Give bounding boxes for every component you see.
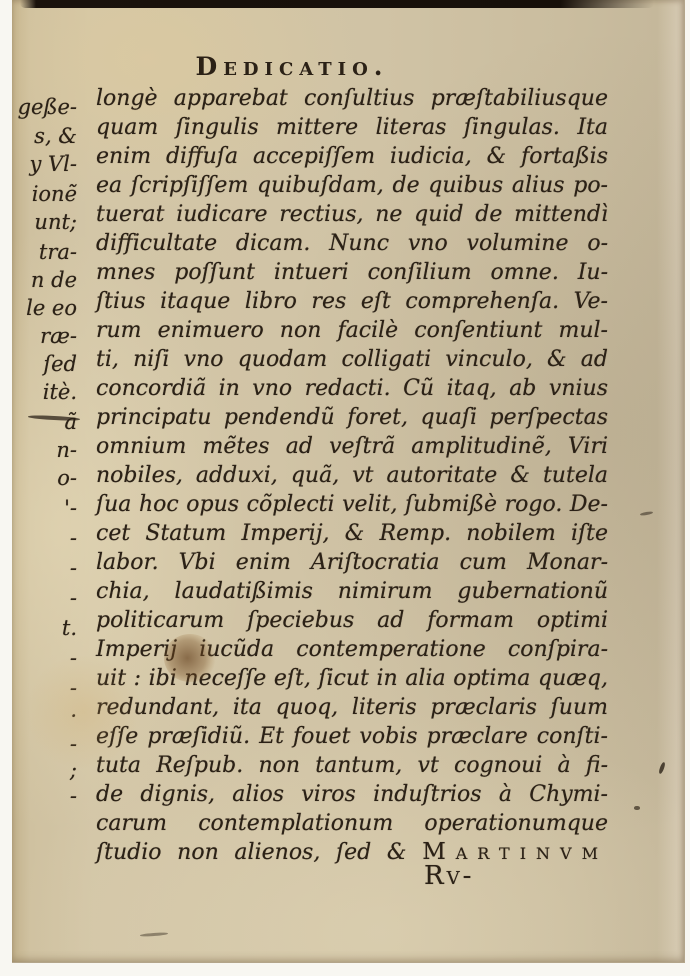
- ink-speck: [640, 511, 653, 516]
- margin-fragment: s, &: [34, 124, 77, 148]
- margin-fragment: itè.: [43, 380, 77, 404]
- faint-stain: [22, 656, 146, 768]
- margin-fragment: '-: [64, 496, 77, 520]
- signature-mark: Rv-: [424, 861, 474, 891]
- text-line: politicarum ſpeciebus ad formam optimi: [96, 606, 608, 635]
- text-line: nobiles, adduxi, quã, vt autoritate & tu…: [96, 461, 608, 490]
- text-line: tuerat iudicare rectius, ne quid de mitt…: [96, 200, 608, 229]
- margin-fragment: geße-: [18, 95, 77, 119]
- text-line: rum enimuero non facilè conſentiunt mul-: [96, 316, 608, 345]
- text-line: difficultate dicam. Nunc vno volumine o-: [96, 229, 608, 258]
- margin-fragment: -: [70, 526, 77, 550]
- margin-fragments: geße-s, &y Vl-ionẽunt;tra-n dele eoræ-ſe…: [12, 0, 80, 962]
- body-text: longè apparebat conſultius præſtabiliusq…: [96, 84, 608, 867]
- margin-fragment: -: [70, 586, 77, 610]
- ink-speck: [140, 932, 168, 937]
- margin-fragment: t.: [62, 616, 77, 640]
- text-line: longè apparebat conſultius præſtabiliusq…: [96, 84, 608, 113]
- text-line: concordiã in vno redacti. Cũ itaq, ab vn…: [96, 374, 608, 403]
- text-line: enim diffuſa accepiſſem iudicia, & forta…: [96, 142, 608, 171]
- ink-stain: [164, 634, 216, 682]
- margin-fragment: ræ-: [40, 324, 77, 348]
- book-page: geße-s, &y Vl-ionẽunt;tra-n dele eoræ-ſe…: [12, 0, 685, 963]
- text-line: eſſe præſidiũ. Et fouet vobis præclare c…: [96, 722, 608, 751]
- text-line: redundant, ita quoq, literis præclaris ſ…: [96, 693, 608, 722]
- margin-fragment: le eo: [26, 296, 77, 320]
- text-line: cet Statum Imperij, & Remp. nobilem iſte: [96, 519, 608, 548]
- text-line: tuta Reſpub. non tantum, vt cognoui à fi…: [96, 751, 608, 780]
- margin-fragment: -: [70, 556, 77, 580]
- text-line: ſtius itaque libro res eſt comprehenſa. …: [96, 287, 608, 316]
- text-line: quam ſingulis mittere literas ſingulas. …: [96, 113, 608, 142]
- text-line: chia, laudatißimis nimirum gubernationũ: [96, 577, 608, 606]
- ink-speck: [658, 762, 666, 775]
- margin-fragment: ionẽ: [32, 182, 77, 206]
- margin-fragment: o-: [57, 466, 77, 490]
- margin-fragment: tra-: [39, 240, 77, 264]
- text-line: ſua hoc opus cõplecti velit, ſubmißè rog…: [96, 490, 608, 519]
- text-line: de dignis, alios viros induſtrios à Chym…: [96, 780, 608, 809]
- margin-fragment: -: [70, 784, 77, 808]
- text-line: carum contemplationum operationumque: [96, 809, 608, 838]
- text-line-last: ſtudio non alienos, ſed & Martinvm: [96, 838, 608, 867]
- text-line: labor. Vbi enim Ariſtocratia cum Monar-: [96, 548, 608, 577]
- ink-speck: [634, 806, 640, 810]
- page-header: Dedicatio.: [12, 52, 572, 81]
- text-line: omnium mẽtes ad veſtrã amplitudinẽ, Viri: [96, 432, 608, 461]
- text-line: mnes poſſunt intueri conſilium omne. Iu-: [96, 258, 608, 287]
- margin-fragment: n de: [31, 268, 77, 292]
- last-line-text: ſtudio non alienos, ſed &: [96, 840, 422, 865]
- margin-fragment: ſed: [43, 352, 77, 376]
- page-top-edge-shadow: [20, 0, 654, 8]
- page-scan: geße-s, &y Vl-ionẽunt;tra-n dele eoræ-ſe…: [0, 0, 690, 976]
- text-line: principatu pendendũ foret, quaſi perſpec…: [96, 403, 608, 432]
- margin-fragment: ã: [64, 410, 77, 434]
- margin-fragment: y Vl-: [29, 152, 77, 176]
- margin-fragment: n-: [56, 438, 77, 462]
- body-lines: longè apparebat conſultius præſtabiliusq…: [96, 84, 608, 838]
- text-line: ti, niſi vno quodam colligati vinculo, &…: [96, 345, 608, 374]
- margin-fragment: unt;: [34, 210, 77, 234]
- text-line: ea ſcripſiſſem quibuſdam, de quibus aliu…: [96, 171, 608, 200]
